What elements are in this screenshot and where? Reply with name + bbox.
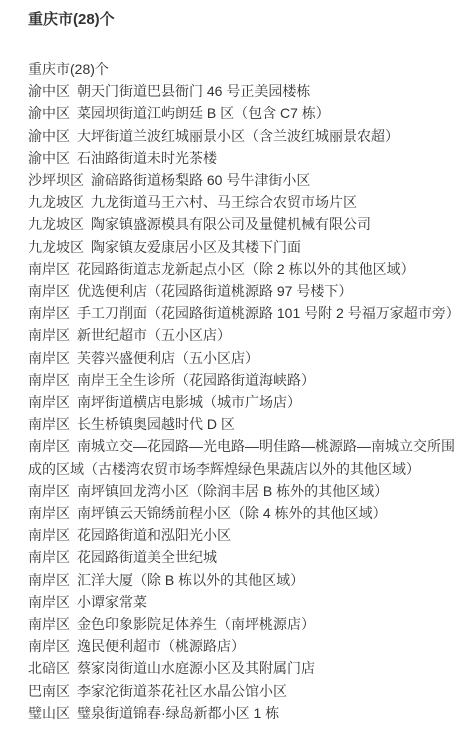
- list-item: 南岸区南坪镇云天锦绣前程小区（除 4 栋外的其他区域）: [28, 502, 460, 524]
- document: 重庆市(28)个 重庆市(28)个 渝中区朝天门街道巴县衙门 46 号正美园楼栋…: [0, 0, 470, 724]
- district-label: 南岸区: [28, 394, 70, 410]
- location-text: 李家沱街道茶花社区水晶公馆小区: [77, 683, 287, 699]
- location-text: 芙蓉兴盛便利店（五小区店）: [77, 350, 259, 366]
- region-list-items: 渝中区朝天门街道巴县衙门 46 号正美园楼栋 渝中区菜园坝街道江屿朗廷 B 区（…: [28, 80, 460, 724]
- list-item: 南岸区逸民便利超市（桃源路店）: [28, 635, 460, 657]
- district-label: 南岸区: [28, 549, 70, 565]
- district-label: 巴南区: [28, 683, 70, 699]
- district-label: 九龙坡区: [28, 194, 84, 210]
- list-item: 南岸区金色印象影院足体养生（南坪桃源店）: [28, 613, 460, 635]
- district-label: 南岸区: [28, 505, 70, 521]
- page-title: 重庆市(28)个: [28, 9, 460, 31]
- location-text: 菜园坝街道江屿朗廷 B 区（包含 C7 栋）: [77, 105, 330, 121]
- location-text: 优选便利店（花园路街道桃源路 97 号楼下）: [77, 283, 352, 299]
- list-item: 九龙坡区陶家镇盛源模具有限公司及量健机械有限公司: [28, 213, 460, 235]
- list-item: 北碚区蔡家岗街道山水庭源小区及其附属门店: [28, 657, 460, 679]
- location-text: 南城立交—花园路—光电路—明佳路—桃源路—南城立交所围成的区域（古楼湾农贸市场李…: [28, 438, 455, 476]
- location-text: 小谭家常菜: [77, 594, 147, 610]
- location-text: 汇洋大厦（除 B 栋以外的其他区域）: [77, 572, 304, 588]
- district-label: 南岸区: [28, 305, 70, 321]
- list-item: 南岸区花园路街道和泓阳光小区: [28, 524, 460, 546]
- location-text: 石油路街道未时光茶楼: [77, 150, 217, 166]
- district-label: 南岸区: [28, 483, 70, 499]
- location-text: 南岸王全生诊所（花园路街道海峡路）: [77, 372, 315, 388]
- list-item: 南岸区手工刀削面（花园路街道桃源路 101 号附 2 号福万家超市旁）: [28, 302, 460, 324]
- district-label: 南岸区: [28, 572, 70, 588]
- district-label: 九龙坡区: [28, 216, 84, 232]
- location-text: 陶家镇友爱康居小区及其楼下门面: [91, 239, 301, 255]
- location-text: 花园路街道美全世纪城: [77, 549, 217, 565]
- location-text: 璧泉街道锦春·绿岛新都小区 1 栋: [77, 705, 279, 721]
- location-text: 长生桥镇奥园越时代 D 区: [77, 416, 235, 432]
- list-item: 巴南区李家沱街道茶花社区水晶公馆小区: [28, 680, 460, 702]
- list-item: 南岸区花园路街道志龙新起点小区（除 2 栋以外的其他区域）: [28, 258, 460, 280]
- district-label: 南岸区: [28, 327, 70, 343]
- location-text: 手工刀削面（花园路街道桃源路 101 号附 2 号福万家超市旁）: [77, 305, 460, 321]
- district-label: 渝中区: [28, 128, 70, 144]
- district-label: 渝中区: [28, 83, 70, 99]
- list-item: 南岸区芙蓉兴盛便利店（五小区店）: [28, 347, 460, 369]
- list-item: 渝中区大坪街道兰波红城丽景小区（含兰波红城丽景农超）: [28, 125, 460, 147]
- district-label: 南岸区: [28, 616, 70, 632]
- location-text: 陶家镇盛源模具有限公司及量健机械有限公司: [91, 216, 371, 232]
- list-item: 南岸区南坪街道横店电影城（城市广场店）: [28, 391, 460, 413]
- list-item: 南岸区南岸王全生诊所（花园路街道海峡路）: [28, 369, 460, 391]
- region-list: 重庆市(28)个 渝中区朝天门街道巴县衙门 46 号正美园楼栋 渝中区菜园坝街道…: [28, 58, 460, 724]
- list-item: 南岸区南城立交—花园路—光电路—明佳路—桃源路—南城立交所围成的区域（古楼湾农贸…: [28, 435, 460, 479]
- list-item: 南岸区新世纪超市（五小区店）: [28, 324, 460, 346]
- list-item: 南岸区汇洋大厦（除 B 栋以外的其他区域）: [28, 569, 460, 591]
- district-label: 南岸区: [28, 350, 70, 366]
- location-text: 朝天门街道巴县衙门 46 号正美园楼栋: [77, 83, 310, 99]
- list-heading: 重庆市(28)个: [28, 58, 460, 80]
- location-text: 九龙街道马王六村、马王综合农贸市场片区: [91, 194, 357, 210]
- district-label: 北碚区: [28, 660, 70, 676]
- district-label: 南岸区: [28, 372, 70, 388]
- district-label: 南岸区: [28, 283, 70, 299]
- list-item: 九龙坡区九龙街道马王六村、马王综合农贸市场片区: [28, 191, 460, 213]
- list-item: 南岸区南坪镇回龙湾小区（除润丰居 B 栋外的其他区域）: [28, 480, 460, 502]
- district-label: 南岸区: [28, 638, 70, 654]
- list-item: 沙坪坝区渝碚路街道杨梨路 60 号牛津街小区: [28, 169, 460, 191]
- list-item: 渝中区菜园坝街道江屿朗廷 B 区（包含 C7 栋）: [28, 102, 460, 124]
- location-text: 新世纪超市（五小区店）: [77, 327, 231, 343]
- district-label: 璧山区: [28, 705, 70, 721]
- district-label: 南岸区: [28, 594, 70, 610]
- list-item: 璧山区璧泉街道锦春·绿岛新都小区 1 栋: [28, 702, 460, 724]
- location-text: 花园路街道和泓阳光小区: [77, 527, 231, 543]
- location-text: 蔡家岗街道山水庭源小区及其附属门店: [77, 660, 315, 676]
- location-text: 南坪镇云天锦绣前程小区（除 4 栋外的其他区域）: [77, 505, 387, 521]
- location-text: 花园路街道志龙新起点小区（除 2 栋以外的其他区域）: [77, 261, 415, 277]
- district-label: 南岸区: [28, 416, 70, 432]
- location-text: 逸民便利超市（桃源路店）: [77, 638, 245, 654]
- location-text: 南坪镇回龙湾小区（除润丰居 B 栋外的其他区域）: [77, 483, 388, 499]
- district-label: 沙坪坝区: [28, 172, 84, 188]
- district-label: 渝中区: [28, 105, 70, 121]
- district-label: 南岸区: [28, 261, 70, 277]
- location-text: 金色印象影院足体养生（南坪桃源店）: [77, 616, 315, 632]
- list-item: 渝中区石油路街道未时光茶楼: [28, 147, 460, 169]
- location-text: 渝碚路街道杨梨路 60 号牛津街小区: [91, 172, 310, 188]
- list-item: 九龙坡区陶家镇友爱康居小区及其楼下门面: [28, 236, 460, 258]
- list-item: 南岸区花园路街道美全世纪城: [28, 546, 460, 568]
- list-item: 南岸区小谭家常菜: [28, 591, 460, 613]
- list-item: 南岸区长生桥镇奥园越时代 D 区: [28, 413, 460, 435]
- list-item: 渝中区朝天门街道巴县衙门 46 号正美园楼栋: [28, 80, 460, 102]
- location-text: 南坪街道横店电影城（城市广场店）: [77, 394, 301, 410]
- list-item: 南岸区优选便利店（花园路街道桃源路 97 号楼下）: [28, 280, 460, 302]
- district-label: 南岸区: [28, 438, 70, 454]
- district-label: 渝中区: [28, 150, 70, 166]
- district-label: 南岸区: [28, 527, 70, 543]
- location-text: 大坪街道兰波红城丽景小区（含兰波红城丽景农超）: [77, 128, 399, 144]
- district-label: 九龙坡区: [28, 239, 84, 255]
